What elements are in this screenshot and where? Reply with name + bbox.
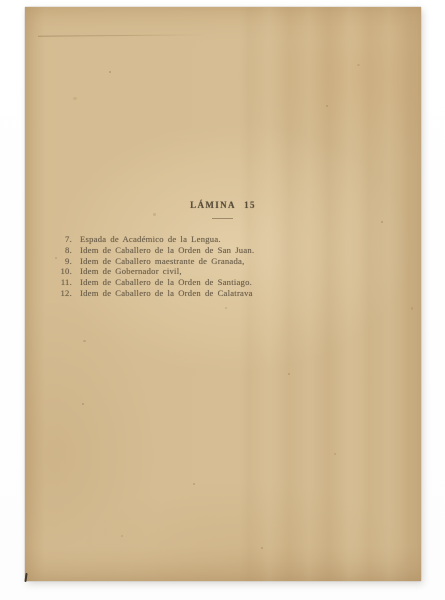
- paper-speck: [193, 483, 195, 485]
- paper-speck: [73, 97, 77, 100]
- paper-speck: [82, 403, 84, 405]
- item-text: Idem de Caballero de la Orden de Calatra…: [80, 288, 253, 299]
- corner-mark: [24, 573, 27, 582]
- paper-speck: [411, 307, 413, 310]
- item-text: Idem de Caballero maestrante de Granada,: [80, 256, 245, 267]
- item-number: 10.: [53, 266, 72, 277]
- list-item: 7.Espada de Académico de la Lengua.: [53, 234, 383, 245]
- paper-crease: [38, 34, 206, 36]
- paper-speck: [288, 373, 290, 375]
- paper-speck: [261, 547, 263, 549]
- plate-heading: LÁMINA 15: [25, 200, 421, 210]
- item-number: 12.: [53, 288, 72, 299]
- item-number: 8.: [53, 245, 72, 256]
- list-item: 10.Idem de Gobernador civil,: [53, 266, 383, 277]
- item-number: 7.: [53, 234, 72, 245]
- item-text: Idem de Caballero de la Orden de Santiag…: [80, 277, 252, 288]
- list-item: 12.Idem de Caballero de la Orden de Cala…: [53, 288, 383, 299]
- item-text: Espada de Académico de la Lengua.: [80, 234, 221, 245]
- paper-speck: [357, 64, 360, 66]
- item-number: 9.: [53, 256, 72, 267]
- item-text: Idem de Caballero de la Orden de San Jua…: [80, 245, 254, 256]
- list-item: 8.Idem de Caballero de la Orden de San J…: [53, 245, 383, 256]
- list-item: 9.Idem de Caballero maestrante de Granad…: [53, 256, 383, 267]
- paper-speck: [326, 105, 328, 107]
- paper-speck: [153, 213, 156, 216]
- item-text: Idem de Gobernador civil,: [80, 266, 182, 277]
- paper-speck: [83, 340, 86, 342]
- heading-rule: [212, 218, 233, 219]
- paper-speck: [225, 307, 227, 309]
- list-item: 11.Idem de Caballero de la Orden de Sant…: [53, 277, 383, 288]
- item-number: 11.: [53, 277, 72, 288]
- pack-speck: [334, 453, 336, 455]
- scan-background: LÁMINA 15 7.Espada de Académico de la Le…: [0, 0, 445, 600]
- plate-item-list: 7.Espada de Académico de la Lengua.8.Ide…: [53, 234, 383, 299]
- scanned-page: LÁMINA 15 7.Espada de Académico de la Le…: [25, 7, 421, 581]
- paper-speck: [381, 221, 383, 223]
- paper-speck: [121, 535, 123, 537]
- paper-speck: [109, 71, 111, 73]
